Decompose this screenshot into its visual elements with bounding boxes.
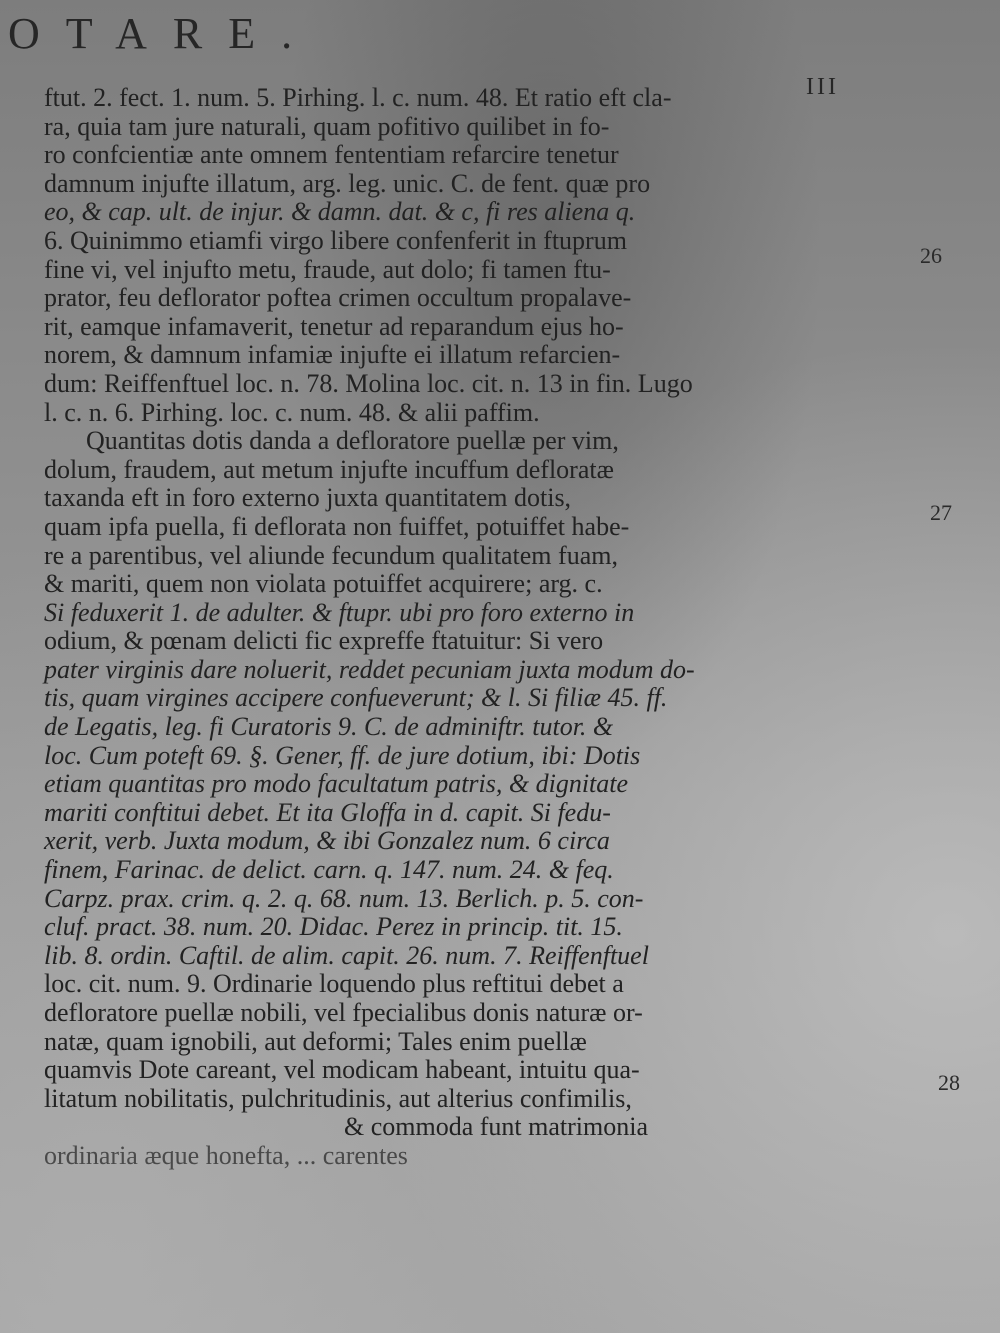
text-line: loc. cit. num. 9. Ordinarie loquendo plu… (44, 970, 924, 999)
text-line: defloratore puellæ nobili, vel fpecialib… (44, 999, 924, 1028)
text-line: pater virginis dare noluerit, reddet pec… (44, 656, 924, 685)
text-line: taxanda eft in foro externo juxta quanti… (44, 484, 924, 513)
text-line: odium, & pœnam delicti fic expreffe ftat… (44, 627, 924, 656)
text-line: & mariti, quem non violata potuiffet acq… (44, 570, 924, 599)
text-line: prator, feu deflorator poftea crimen occ… (44, 284, 924, 313)
text-line: l. c. n. 6. Pirhing. loc. c. num. 48. & … (44, 399, 924, 428)
text-line: lib. 8. ordin. Caftil. de alim. capit. 2… (44, 942, 924, 971)
text-line: ra, quia tam jure naturali, quam pofitiv… (44, 113, 924, 142)
text-line: tis, quam virgines accipere confueverunt… (44, 684, 924, 713)
text-line: ftut. 2. fect. 1. num. 5. Pirhing. l. c.… (44, 84, 924, 113)
paragraph-start-line: Quantitas dotis danda a defloratore puel… (44, 427, 924, 456)
text-line: mariti conftitui debet. Et ita Gloffa in… (44, 799, 924, 828)
text-line: norem, & damnum infamiæ injufte ei illat… (44, 341, 924, 370)
margin-number: 28 (938, 1070, 960, 1096)
text-line: cluf. pract. 38. num. 20. Didac. Perez i… (44, 913, 924, 942)
text-line: rit, eamque infamaverit, tenetur ad repa… (44, 313, 924, 342)
text-line: dolum, fraudem, aut metum injufte incuff… (44, 456, 924, 485)
body-text: ftut. 2. fect. 1. num. 5. Pirhing. l. c.… (44, 84, 924, 1171)
text-line: Si feduxerit 1. de adulter. & ftupr. ubi… (44, 599, 924, 628)
text-line: ordinaria æque honefta, ... carentes (44, 1142, 924, 1171)
book-page: OTARE. III ftut. 2. fect. 1. num. 5. Pir… (0, 0, 1000, 1333)
text-line: finem, Farinac. de delict. carn. q. 147.… (44, 856, 924, 885)
text-line: eo, & cap. ult. de injur. & damn. dat. &… (44, 198, 924, 227)
text-line: de Legatis, leg. fi Curatoris 9. C. de a… (44, 713, 924, 742)
text-line: dum: Reiffenftuel loc. n. 78. Molina loc… (44, 370, 924, 399)
running-title: OTARE. (8, 8, 318, 59)
text-line: etiam quantitas pro modo facultatum patr… (44, 770, 924, 799)
text-line: litatum nobilitatis, pulchritudinis, aut… (44, 1085, 924, 1114)
text-line: loc. Cum poteft 69. §. Gener, ff. de jur… (44, 742, 924, 771)
text-line: & commoda funt matrimonia (44, 1113, 924, 1142)
text-line: quamvis Dote careant, vel modicam habean… (44, 1056, 924, 1085)
text-line: Carpz. prax. crim. q. 2. q. 68. num. 13.… (44, 885, 924, 914)
text-line: re a parentibus, vel aliunde fecundum qu… (44, 542, 924, 571)
text-line: 6. Quinimmo etiamfi virgo libere confenf… (44, 227, 924, 256)
text-line: xerit, verb. Juxta modum, & ibi Gonzalez… (44, 827, 924, 856)
margin-number: 27 (930, 500, 952, 526)
text-line: quam ipfa puella, fi deflorata non fuiff… (44, 513, 924, 542)
margin-number: 26 (920, 243, 942, 269)
text-line: damnum injufte illatum, arg. leg. unic. … (44, 170, 924, 199)
text-line: ro confcientiæ ante omnem fententiam ref… (44, 141, 924, 170)
text-line: natæ, quam ignobili, aut deformi; Tales … (44, 1028, 924, 1057)
text-line: fine vi, vel injufto metu, fraude, aut d… (44, 256, 924, 285)
